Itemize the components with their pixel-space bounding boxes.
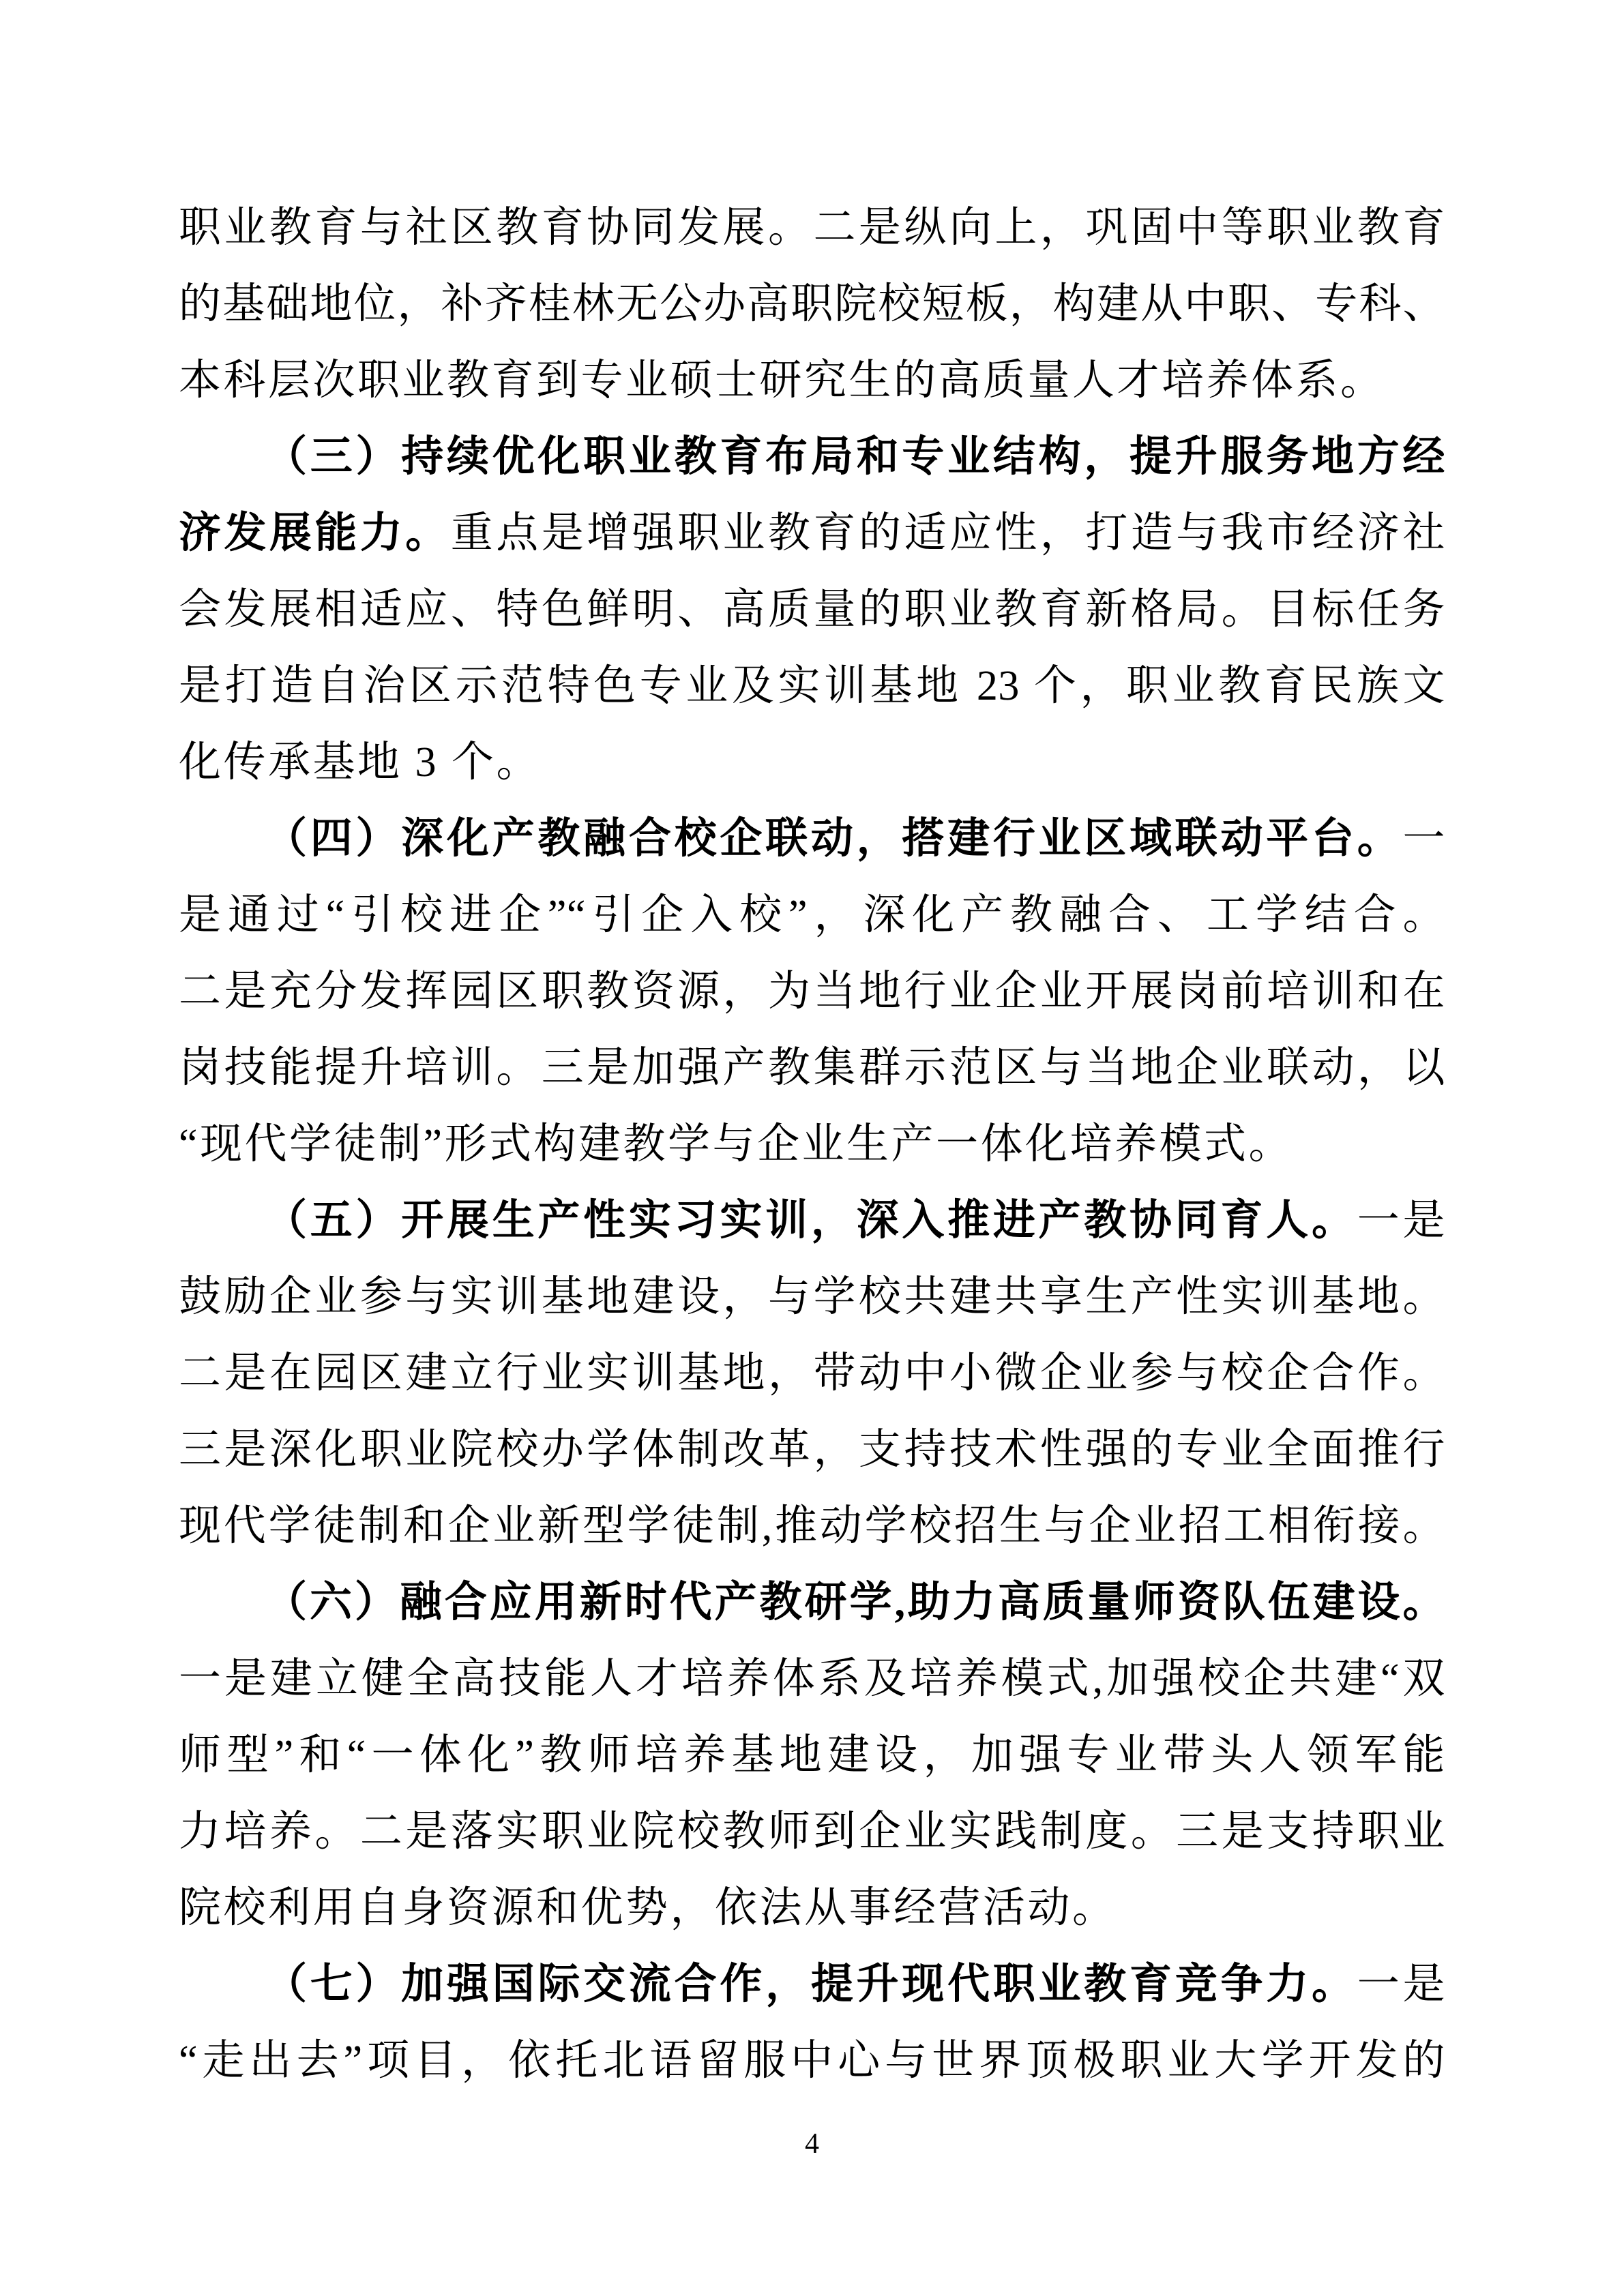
text-block: 职业教育与社区教育协同发展。二是纵向上，巩固中等职业教育的基础地位，补齐桂林无公… xyxy=(179,190,1445,2099)
text-line: 三是深化职业院校办学体制改革，支持技术性强的专业全面推行 xyxy=(179,1412,1445,1488)
body-text: 本科层次职业教育到专业硕士研究生的高质量人才培养体系。 xyxy=(179,357,1385,404)
text-line: （四）深化产教融合校企联动，搭建行业区域联动平台。一 xyxy=(179,801,1445,877)
body-text: 的基础地位，补齐桂林无公办高职院校短板，构建从中职、专科、 xyxy=(179,281,1445,327)
heading-text: 济发展能力。 xyxy=(179,510,451,556)
heading-text: （五）开展生产性实习实训，深入推进产教协同育人。 xyxy=(265,1197,1357,1244)
text-line: （五）开展生产性实习实训，深入推进产教协同育人。一是 xyxy=(179,1182,1445,1259)
body-text: “现代学徒制”形式构建教学与企业生产一体化培养模式。 xyxy=(179,1121,1293,1167)
body-text: 化传承基地 3 个。 xyxy=(179,739,541,786)
body-text: 二是在园区建立行业实训基地，带动中小微企业参与校企合作。 xyxy=(179,1350,1445,1397)
body-text: 是通过“引校进企”“引企入校”，深化产教融合、工学结合。 xyxy=(179,892,1445,938)
body-text: 一是建立健全高技能人才培养体系及培养模式,加强校企共建“双 xyxy=(179,1656,1445,1702)
text-line: 现代学徒制和企业新型学徒制,推动学校招生与企业招工相衔接。 xyxy=(179,1488,1445,1564)
heading-text: （四）深化产教融合校企联动，搭建行业区域联动平台。 xyxy=(265,816,1402,862)
text-line: 岗技能提升培训。三是加强产教集群示范区与当地企业联动，以 xyxy=(179,1030,1445,1106)
text-line: 的基础地位，补齐桂林无公办高职院校短板，构建从中职、专科、 xyxy=(179,266,1445,342)
body-text: “走出去”项目，依托北语留服中心与世界顶极职业大学开发的 xyxy=(179,2038,1445,2084)
text-line: 职业教育与社区教育协同发展。二是纵向上，巩固中等职业教育 xyxy=(179,190,1445,266)
text-line: “现代学徒制”形式构建教学与企业生产一体化培养模式。 xyxy=(179,1106,1445,1182)
document-page: 职业教育与社区教育协同发展。二是纵向上，巩固中等职业教育的基础地位，补齐桂林无公… xyxy=(0,0,1624,2296)
text-line: 师型”和“一体化”教师培养基地建设，加强专业带头人领军能 xyxy=(179,1717,1445,1793)
heading-text: （六）融合应用新时代产教研学,助力高质量师资队伍建设。 xyxy=(265,1579,1445,1626)
text-line: 本科层次职业教育到专业硕士研究生的高质量人才培养体系。 xyxy=(179,342,1445,419)
body-text: 职业教育与社区教育协同发展。二是纵向上，巩固中等职业教育 xyxy=(179,205,1445,251)
text-line: 是通过“引校进企”“引企入校”，深化产教融合、工学结合。 xyxy=(179,877,1445,953)
body-text: 岗技能提升培训。三是加强产教集群示范区与当地企业联动，以 xyxy=(179,1045,1445,1091)
text-line: 二是在园区建立行业实训基地，带动中小微企业参与校企合作。 xyxy=(179,1335,1445,1412)
text-line: 是打造自治区示范特色专业及实训基地 23 个，职业教育民族文 xyxy=(179,648,1445,724)
text-line: 院校利用自身资源和优势，依法从事经营活动。 xyxy=(179,1870,1445,1946)
text-line: 会发展相适应、特色鲜明、高质量的职业教育新格局。目标任务 xyxy=(179,571,1445,648)
body-text: 一 xyxy=(1402,816,1445,862)
text-line: 化传承基地 3 个。 xyxy=(179,724,1445,801)
body-text: 现代学徒制和企业新型学徒制,推动学校招生与企业招工相衔接。 xyxy=(179,1503,1445,1549)
body-text: 重点是增强职业教育的适应性，打造与我市经济社 xyxy=(451,510,1445,556)
text-line: “走出去”项目，依托北语留服中心与世界顶极职业大学开发的 xyxy=(179,2023,1445,2099)
body-text: 院校利用自身资源和优势，依法从事经营活动。 xyxy=(179,1885,1117,1931)
text-line: （七）加强国际交流合作，提升现代职业教育竞争力。一是 xyxy=(179,1946,1445,2023)
body-text: 力培养。二是落实职业院校教师到企业实践制度。三是支持职业 xyxy=(179,1808,1445,1855)
page-number: 4 xyxy=(0,2126,1624,2162)
body-text: 一是 xyxy=(1357,1197,1445,1244)
body-text: 一是 xyxy=(1357,1961,1445,2008)
text-line: 济发展能力。重点是增强职业教育的适应性，打造与我市经济社 xyxy=(179,495,1445,571)
body-text: 鼓励企业参与实训基地建设，与学校共建共享生产性实训基地。 xyxy=(179,1274,1445,1320)
text-line: 力培养。二是落实职业院校教师到企业实践制度。三是支持职业 xyxy=(179,1793,1445,1870)
body-text: 是打造自治区示范特色专业及实训基地 23 个，职业教育民族文 xyxy=(179,663,1445,709)
body-text: 会发展相适应、特色鲜明、高质量的职业教育新格局。目标任务 xyxy=(179,586,1445,633)
text-line: 鼓励企业参与实训基地建设，与学校共建共享生产性实训基地。 xyxy=(179,1259,1445,1335)
heading-text: （三）持续优化职业教育布局和专业结构，提升服务地方经 xyxy=(265,434,1445,480)
body-text: 师型”和“一体化”教师培养基地建设，加强专业带头人领军能 xyxy=(179,1732,1445,1778)
body-text: 三是深化职业院校办学体制改革，支持技术性强的专业全面推行 xyxy=(179,1427,1445,1473)
text-line: （三）持续优化职业教育布局和专业结构，提升服务地方经 xyxy=(179,419,1445,495)
text-line: 二是充分发挥园区职教资源，为当地行业企业开展岗前培训和在 xyxy=(179,953,1445,1030)
text-line: 一是建立健全高技能人才培养体系及培养模式,加强校企共建“双 xyxy=(179,1641,1445,1717)
text-line: （六）融合应用新时代产教研学,助力高质量师资队伍建设。 xyxy=(179,1564,1445,1641)
body-text: 二是充分发挥园区职教资源，为当地行业企业开展岗前培训和在 xyxy=(179,968,1445,1015)
heading-text: （七）加强国际交流合作，提升现代职业教育竞争力。 xyxy=(265,1961,1357,2008)
